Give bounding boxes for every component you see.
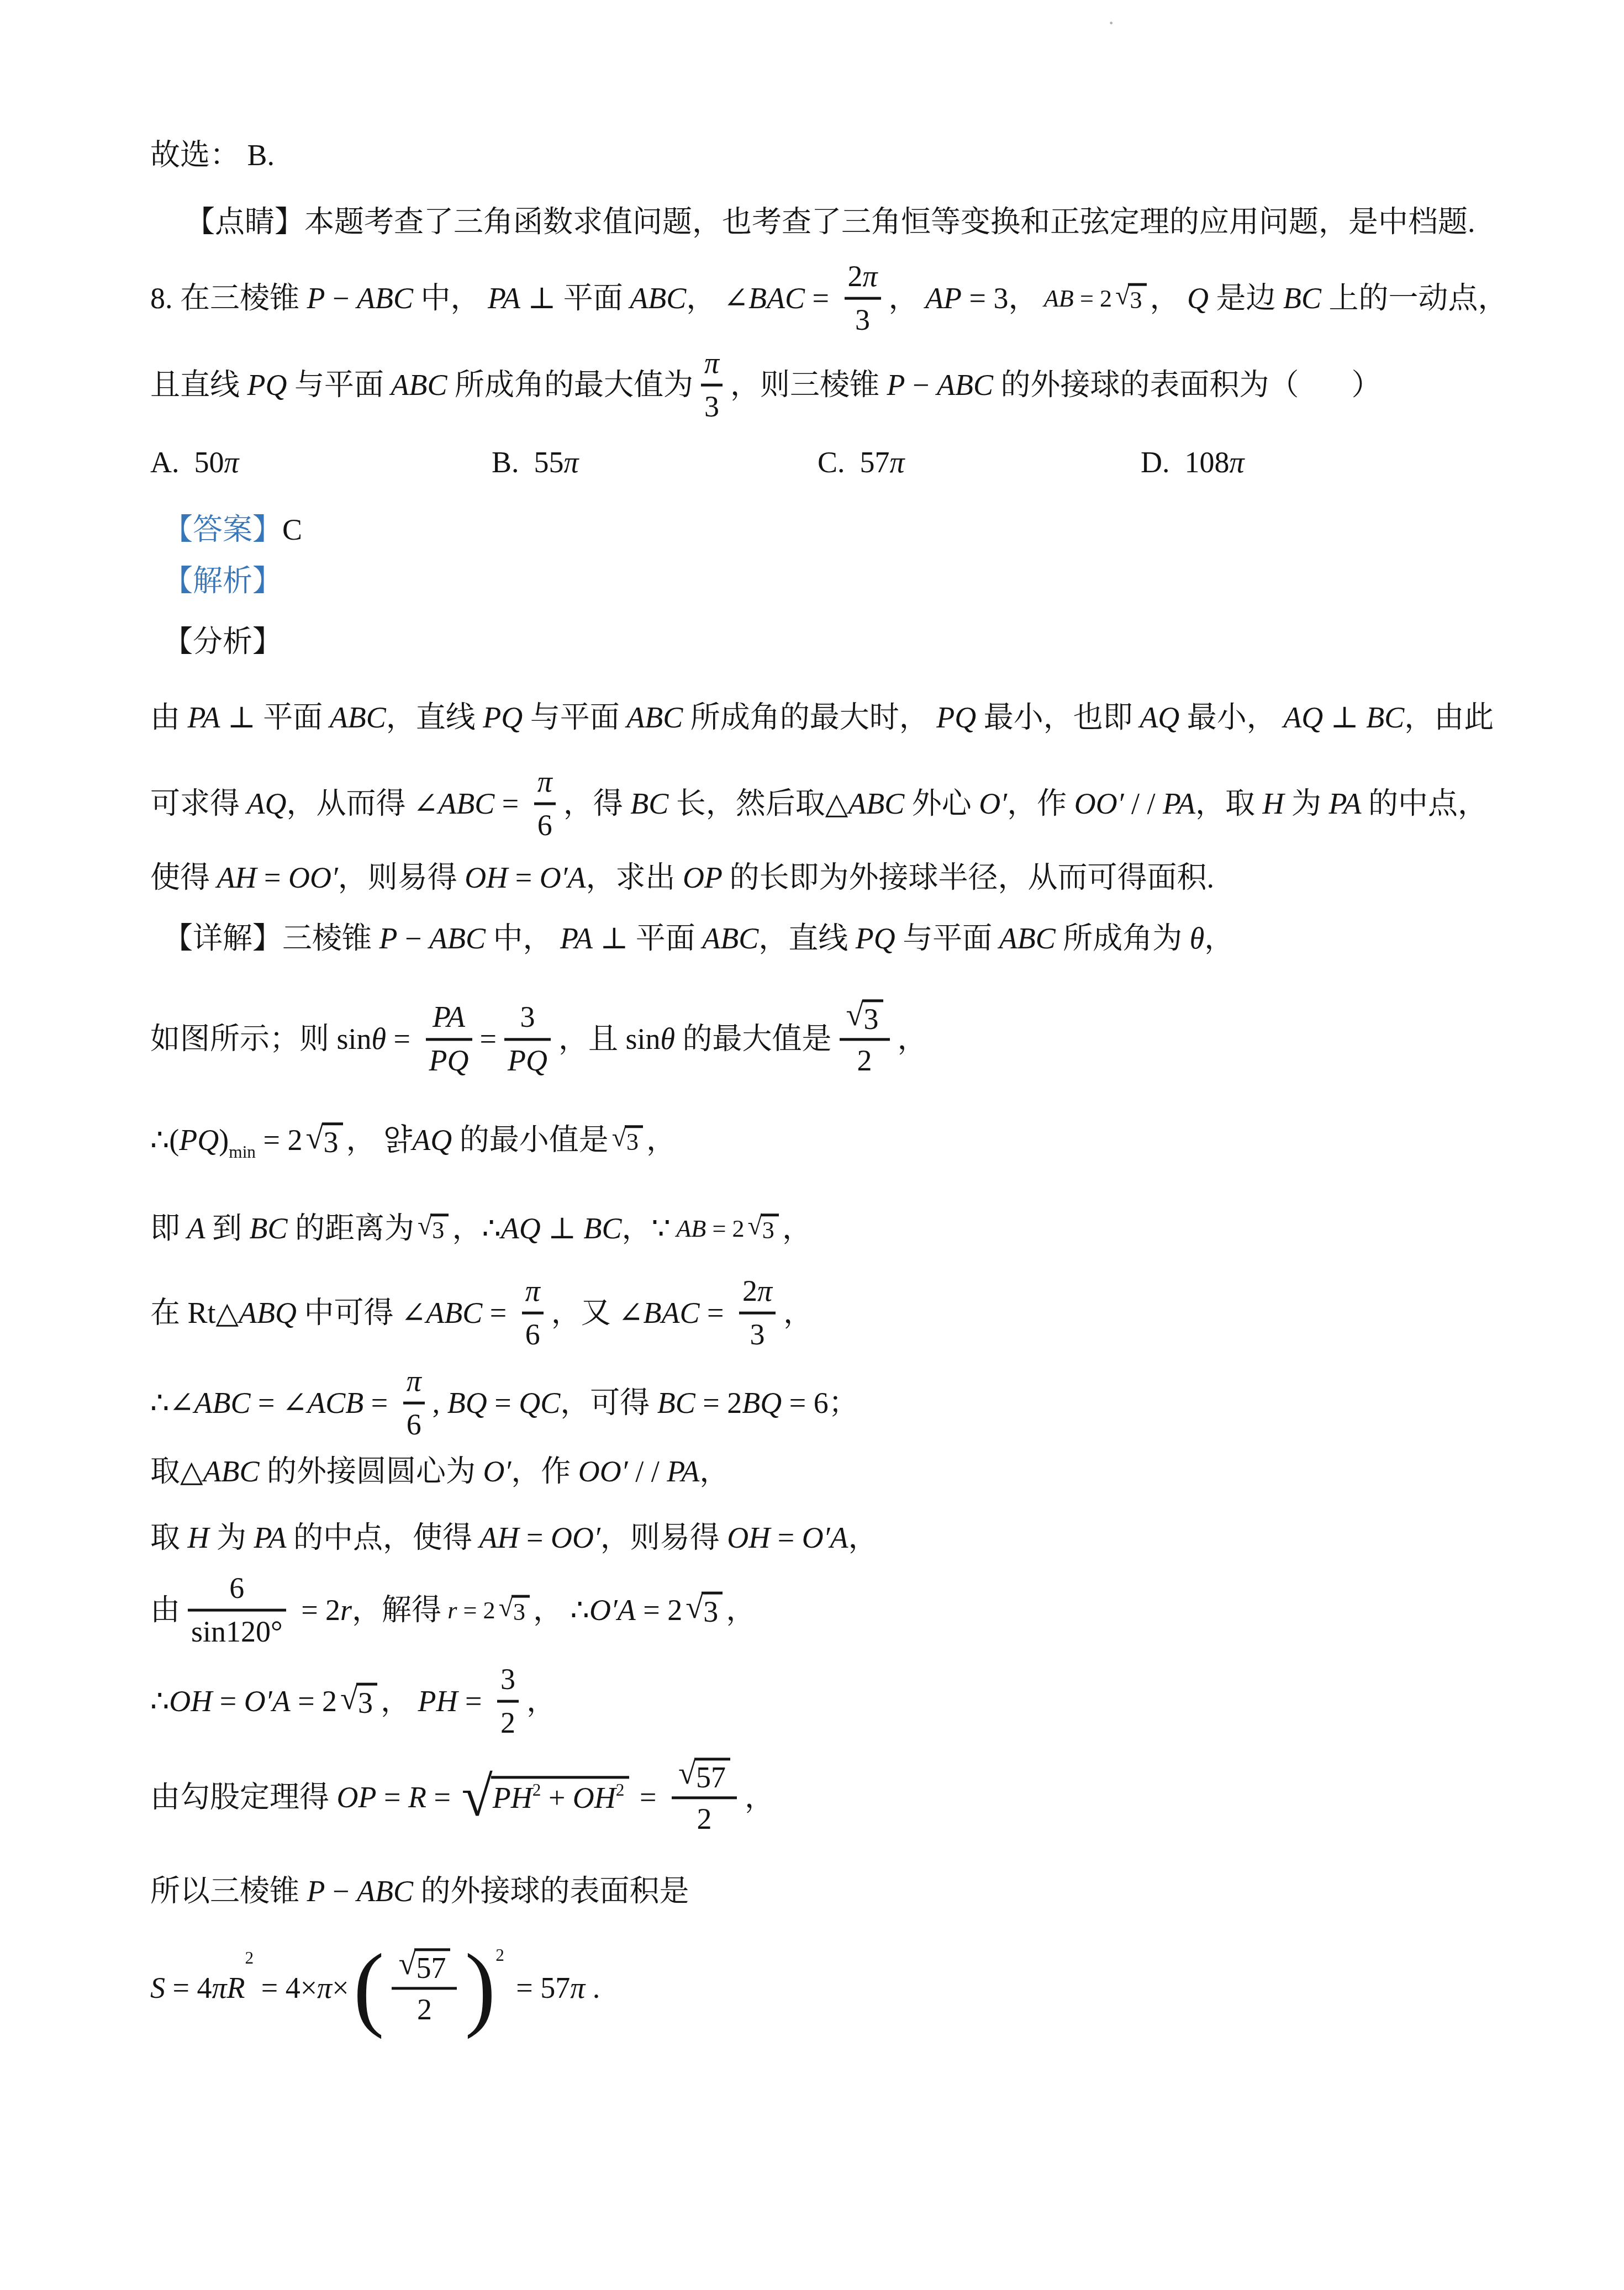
fraction-numerator: π (403, 1363, 425, 1400)
fraction-bar (403, 1402, 425, 1405)
math-italic: ABC (384, 366, 455, 404)
math-italic: ABC (992, 920, 1063, 958)
math-italic: PA (180, 699, 220, 737)
math-italic: P (372, 920, 398, 958)
subscript: min (229, 1141, 256, 1163)
math-roman: − (325, 1873, 357, 1911)
radical-content: 3 (761, 1213, 779, 1244)
math-italic: OH (573, 1782, 616, 1814)
cjk-text: ， (1204, 920, 1234, 958)
math-italic: AB (1038, 283, 1074, 313)
superscript: 2 (616, 1781, 625, 1800)
cjk-text: 由 (150, 1591, 180, 1629)
math-italic: OP (329, 1779, 376, 1817)
math-roman: ∴ (150, 1682, 169, 1720)
fraction-bar (504, 1038, 551, 1041)
math-italic: AQ (412, 1122, 459, 1159)
math-roman: = (212, 1682, 244, 1720)
cjk-text: ，解得 (352, 1591, 441, 1629)
cjk-text: 所成角为 (1063, 920, 1182, 958)
cjk-text: ，从而得 (287, 785, 406, 822)
radical: √3 (499, 1595, 530, 1626)
cjk-text: 的最小值是 (460, 1122, 609, 1159)
math-roman: B. 55 (492, 444, 564, 482)
cjk-text: 由勾股定理得 (150, 1779, 329, 1817)
fraction-bar (188, 1609, 286, 1612)
option-b: B. 55π (492, 444, 579, 482)
radical-content: 3 (702, 1592, 723, 1628)
math-roman: = 2 (1074, 283, 1112, 313)
math-italic: BC (1276, 279, 1329, 317)
math-italic: PA (246, 1519, 293, 1557)
radical-content: PH2 + OH2 (491, 1776, 629, 1814)
xiangjie-line13: S = 4πR2 = 4×π×(√572)2 = 57π . (150, 1948, 600, 2028)
math-roman: 3 (432, 1217, 444, 1244)
fraction-denominator: 2 (497, 1705, 519, 1742)
cjk-text: 在三棱锥 (180, 279, 299, 317)
option-c: C. 57π (818, 444, 905, 482)
cjk-text: 到 (212, 1210, 242, 1248)
math-italic: ABC (203, 1453, 267, 1491)
cjk-text: ，又 (551, 1294, 611, 1332)
fraction-bar (845, 297, 881, 300)
fraction: π6 (403, 1363, 425, 1443)
math-roman: ) (219, 1122, 229, 1159)
cjk-text: ，求出 (586, 859, 676, 897)
math-roman: + (541, 1782, 572, 1814)
math-roman: − (325, 279, 357, 317)
cjk-text: 使得 (150, 859, 210, 897)
math-italic: ABC (357, 1873, 421, 1911)
math-italic: AQ (1133, 699, 1187, 737)
math-roman: = 2 (294, 1591, 340, 1629)
math-italic: AP (919, 279, 962, 317)
math-italic: BQ (742, 1384, 782, 1422)
left-paren: ( (354, 1955, 384, 2023)
math-italic: BAC (748, 279, 805, 317)
math-italic: OO′ (1067, 785, 1124, 822)
question-8-line1: 8. 在三棱锥 P − ABC 中， PA ⊥ 平面 ABC， ∠BAC = 2… (150, 258, 1508, 339)
fraction: √572 (672, 1758, 737, 1838)
math-roman: = 2 (291, 1682, 337, 1720)
fraction-bar (739, 1312, 776, 1315)
math-roman: = (480, 1021, 497, 1058)
math-italic: ACB (307, 1384, 363, 1422)
math-italic: π (212, 1970, 226, 2007)
cjk-text: ， (898, 1021, 927, 1058)
math-italic: π (890, 444, 905, 482)
math-roman: 2 (742, 1273, 757, 1310)
math-roman: 57 (696, 1761, 726, 1794)
cjk-text: 故选： (150, 137, 240, 175)
math-roman: = 2 (706, 1213, 744, 1244)
analysis-line1: 由 PA ⊥ 平面 ABC，直线 PQ 与平面 ABC 所成角的最大时， PQ … (150, 699, 1494, 737)
math-roman: = (494, 785, 526, 822)
math-roman: = (386, 1021, 418, 1058)
fraction-denominator: PQ (504, 1043, 551, 1079)
math-roman: × (332, 1970, 349, 2007)
cjk-text: 上的一动点， (1329, 279, 1508, 317)
math-roman: . (585, 1970, 600, 2007)
fraction-bar (672, 1797, 737, 1800)
math-roman: = (632, 1779, 664, 1817)
math-roman: = (363, 1384, 395, 1422)
cjk-text: 的外接球的表面积为（ (1001, 366, 1299, 404)
math-italic: O′A (802, 1519, 848, 1557)
math-roman: 3 (703, 1596, 718, 1628)
math-roman: △ (180, 1453, 203, 1491)
math-roman: 3 (855, 302, 870, 339)
math-roman: A. 50 (150, 444, 224, 482)
radical: √3 (418, 1213, 449, 1244)
fenxi-label: 【分析】 (163, 624, 282, 661)
math-roman: ∴( (150, 1122, 179, 1159)
math-italic: π (525, 1273, 540, 1310)
math-roman: ⊥ (1323, 699, 1366, 737)
math-roman: B. (240, 137, 275, 175)
cjk-text: ， (783, 1294, 813, 1332)
math-italic: π (224, 444, 239, 482)
math-roman: = 6 (782, 1384, 828, 1422)
math-italic: PA (1321, 785, 1368, 822)
math-roman: sin (329, 1021, 372, 1058)
fraction: 3PQ (504, 1000, 551, 1080)
math-italic: π (863, 258, 878, 295)
cjk-text: 与平面 (294, 366, 384, 404)
math-italic: R (408, 1779, 426, 1817)
math-italic: PQ (429, 1043, 469, 1079)
fraction-numerator: 3 (497, 1661, 519, 1698)
cjk-text: ，则易得 (338, 859, 457, 897)
fraction-denominator: 6 (522, 1317, 544, 1353)
xiangjie-line1: 【详解】三棱锥 P − ABC 中， PA ⊥ 平面 ABC，直线 PQ 与平面… (163, 920, 1234, 958)
math-roman: ⊥ (593, 920, 636, 958)
fraction-numerator: √3 (840, 999, 890, 1036)
jiexi-label: 【解析】 (163, 563, 282, 600)
cjk-text: 取 (150, 1453, 180, 1491)
fraction-denominator: PQ (426, 1043, 472, 1079)
math-roman: ∵ (652, 1210, 671, 1248)
cjk-text: 的外接球的表面积是 (420, 1873, 689, 1911)
cjk-text: ，取 (1195, 785, 1255, 822)
math-italic: π (407, 1363, 421, 1400)
math-roman: 3 (626, 1129, 639, 1156)
math-italic: O′A (589, 1591, 636, 1629)
math-italic: PA (1163, 785, 1195, 822)
math-italic: P (299, 1873, 325, 1911)
math-roman: ∴∠ (150, 1384, 194, 1422)
cjk-text: ， (1009, 279, 1038, 317)
fraction-numerator: π (701, 345, 723, 382)
math-italic: ABC (357, 279, 421, 317)
fraction: √32 (840, 999, 890, 1079)
xiangjie-line11: 由勾股定理得 OP = R = √PH2 + OH2 = √572， (150, 1758, 774, 1838)
math-roman: = 4 (165, 1970, 212, 2007)
radical: √3 (846, 999, 883, 1036)
cjk-text: ， (782, 1210, 812, 1248)
math-roman: ∴ (563, 1591, 589, 1629)
math-italic: O′ (476, 1453, 511, 1491)
math-italic: θ (372, 1021, 387, 1058)
math-italic: π (317, 1970, 332, 2007)
math-roman: sin (618, 1021, 661, 1058)
math-roman: 6 (525, 1317, 540, 1353)
math-roman: 8. (150, 279, 180, 317)
cjk-text: 外心 (912, 785, 972, 822)
math-roman: 3 (704, 389, 719, 425)
math-roman: = (376, 1779, 408, 1817)
math-roman: Rt△ (180, 1294, 239, 1332)
cjk-text: 中可得 (304, 1294, 394, 1332)
fraction-bar (534, 803, 556, 805)
math-roman: 3 (358, 1687, 373, 1719)
radical-content: 3 (862, 999, 883, 1036)
radical-symbol: √ (678, 1758, 696, 1788)
math-italic: AQ (1277, 699, 1324, 737)
option-a: A. 50π (150, 444, 239, 482)
math-italic: BC (242, 1210, 295, 1248)
cjk-text: 即 (150, 1210, 180, 1248)
fraction-numerator: 2π (845, 258, 881, 295)
conclusion-line: 故选： B. (150, 137, 275, 175)
radical: √3 (340, 1683, 377, 1719)
cjk-text: 平面 (263, 699, 323, 737)
fraction: π6 (534, 764, 556, 844)
radical: √PH2 + OH2 (461, 1776, 629, 1820)
radical: √3 (306, 1122, 343, 1159)
cjk-text: 最小， (1187, 699, 1277, 737)
math-italic: AH (210, 859, 257, 897)
cjk-text: 由 (150, 699, 180, 737)
math-roman: 3 (762, 1217, 774, 1244)
cjk-text: ， 얅 (346, 1122, 413, 1159)
fraction: π3 (701, 345, 723, 425)
math-italic: ABQ (239, 1294, 304, 1332)
math-roman: 3 (520, 1000, 535, 1036)
fraction-denominator: 6 (534, 808, 556, 844)
math-italic: QC (519, 1384, 560, 1422)
math-roman: ∴ (482, 1210, 500, 1248)
radical-content: 3 (512, 1595, 530, 1626)
math-roman: , (433, 1384, 447, 1422)
math-roman: = (426, 1779, 458, 1817)
fraction: 2π3 (739, 1273, 776, 1353)
paren-exponent: 2 (495, 1944, 504, 1966)
cjk-text: 可求得 (150, 785, 240, 822)
fraction-numerator: √57 (392, 1948, 457, 1985)
math-italic: BC (623, 785, 676, 822)
cjk-text: 最小，也即 (984, 699, 1133, 737)
math-roman: 6 (229, 1570, 244, 1607)
math-roman: 3 (1130, 287, 1142, 314)
radical-symbol: √ (686, 1592, 703, 1622)
math-italic: ABC (194, 1384, 251, 1422)
cjk-text: 在 (150, 1294, 180, 1332)
cjk-text: 如图所示；则 (150, 1021, 329, 1058)
math-roman: ∠ (611, 1294, 644, 1332)
cjk-text: ，可得 (560, 1384, 650, 1422)
cjk-text: 的距离为 (295, 1210, 414, 1248)
math-solution-document: ·故选： B.【点睛】本题考查了三角函数求值问题，也考查了三角恒等变换和正弦定理… (0, 0, 1624, 2290)
math-italic: PH (410, 1682, 457, 1720)
fraction-numerator: 6 (226, 1570, 247, 1607)
math-italic: θ (661, 1021, 683, 1058)
superscript: 2 (245, 1947, 254, 1969)
cjk-text: ，直线 (386, 699, 476, 737)
math-italic: AH (472, 1519, 519, 1557)
cjk-text: ，且 (558, 1021, 618, 1058)
cjk-text: 的中点，使得 (293, 1519, 472, 1557)
fraction-denominator: sin120° (188, 1614, 286, 1650)
cjk-text: 【点睛】本题考查了三角函数求值问题，也考查了三角恒等变换和正弦定理的应用问题，是… (185, 204, 1475, 241)
fraction-bar (497, 1700, 519, 1703)
math-italic: AQ (240, 785, 287, 822)
math-roman: sin120° (191, 1614, 283, 1650)
math-roman: = (805, 279, 836, 317)
radical-symbol: √ (340, 1683, 358, 1713)
analysis-line2: 可求得 AQ，从而得 ∠ABC = π6，得 BC 长，然后取△ABC 外心 O… (150, 764, 1488, 844)
fraction-bar (701, 384, 723, 387)
fraction-bar (426, 1038, 472, 1041)
cjk-text: ， (848, 1519, 878, 1557)
cjk-text: ， (381, 1682, 410, 1720)
cjk-text: 所成角的最大时， (690, 699, 929, 737)
math-roman: 3 (750, 1317, 765, 1353)
math-italic: PQ (508, 1043, 547, 1079)
math-roman: △ (825, 785, 848, 822)
math-roman: − (398, 920, 429, 958)
cjk-text: 的长即为外接球半径，从而可得面积. (730, 859, 1215, 897)
math-roman: = 2 (256, 1122, 302, 1159)
cjk-text: ， (889, 279, 919, 317)
math-roman: 3 (864, 1003, 879, 1036)
math-roman: = (508, 859, 539, 897)
math-italic: BQ (447, 1384, 487, 1422)
math-italic: H (180, 1519, 217, 1557)
math-italic: PA (433, 1000, 465, 1036)
cjk-text: 中， (493, 920, 552, 958)
cjk-text: ， (699, 1453, 729, 1491)
right-paren: ) (465, 1955, 495, 2023)
cjk-text: ，直线 (758, 920, 848, 958)
math-italic: AQ (501, 1210, 541, 1248)
paren-content: √572 (384, 1948, 465, 2028)
radical: √3 (1115, 283, 1146, 314)
math-italic: OH (457, 859, 508, 897)
cjk-text: ， (622, 1210, 652, 1248)
fraction-numerator: 2π (739, 1273, 776, 1310)
superscript: 2 (532, 1781, 541, 1800)
math-roman: = (257, 859, 288, 897)
section-label-blue: 【解析】 (163, 563, 282, 600)
cjk-text: ， (533, 1591, 563, 1629)
math-italic: A (180, 1210, 212, 1248)
math-italic: R (227, 1970, 245, 2007)
radical-symbol: √ (461, 1775, 492, 1819)
math-roman: 2 (857, 1043, 872, 1080)
cjk-text: ， (1150, 279, 1180, 317)
math-italic: BAC (644, 1294, 700, 1332)
math-italic: ABC (623, 279, 687, 317)
math-italic: PA (480, 279, 520, 317)
fraction: √572 (392, 1948, 457, 2028)
fraction-denominator: 3 (747, 1317, 768, 1353)
cjk-text: 中， (420, 279, 480, 317)
xiangjie-line6: ∴∠ABC = ∠ACB = π6, BQ = QC，可得 BC = 2BQ =… (150, 1363, 858, 1443)
math-roman: ⊥ (520, 279, 563, 317)
math-italic: π (704, 345, 719, 382)
math-italic: r (340, 1591, 352, 1629)
xiangjie-line7: 取△ABC 的外接圆圆心为 O′，作 OO′ / / PA， (150, 1453, 729, 1491)
math-roman: = (770, 1519, 802, 1557)
radical-content: 3 (1128, 283, 1146, 314)
math-italic: π (564, 444, 579, 482)
radical-content: 57 (414, 1948, 450, 1985)
math-italic: BC (584, 1210, 622, 1248)
stray-dot-mark: · (1108, 9, 1115, 37)
math-italic: ABC (426, 1294, 482, 1332)
analysis-line3: 使得 AH = OO′，则易得 OH = O′A，求出 OP 的长即为外接球半径… (150, 859, 1214, 897)
math-italic: ABC (937, 366, 1001, 404)
radical-symbol: √ (846, 999, 864, 1030)
xiangjie-line8: 取 H 为 PA 的中点，使得 AH = OO′，则易得 OH = O′A， (150, 1519, 878, 1557)
math-italic: ABC (438, 785, 494, 822)
math-roman: ∠ (394, 1294, 426, 1332)
fraction-numerator: √57 (672, 1758, 737, 1794)
cjk-text: 平面 (636, 920, 695, 958)
math-italic: ABC (620, 699, 690, 737)
cjk-text: ， (726, 1591, 756, 1629)
math-italic: PQ (848, 920, 903, 958)
cjk-text: ，作 (511, 1453, 571, 1491)
math-italic: π (570, 1970, 585, 2007)
math-roman: 2 (417, 1992, 432, 2029)
cjk-text: 所成角的最大值为 (455, 366, 693, 404)
dianjing-comment: 【点睛】本题考查了三角函数求值问题，也考查了三角恒等变换和正弦定理的应用问题，是… (185, 204, 1475, 241)
radical-content: 3 (430, 1213, 449, 1244)
cjk-text: ） (1352, 366, 1382, 404)
cjk-text: 且直线 (150, 366, 240, 404)
cjk-text: 与平面 (903, 920, 992, 958)
math-italic: r (441, 1595, 457, 1625)
fraction-denominator: 2 (854, 1043, 876, 1080)
fraction-denominator: 2 (693, 1802, 715, 1838)
math-roman: 57 (416, 1952, 446, 1985)
math-roman: = (519, 1519, 551, 1557)
math-italic: BC (1366, 699, 1404, 737)
fraction-numerator: π (534, 764, 556, 800)
math-roman: ⊥ (220, 699, 263, 737)
math-italic: P (299, 279, 325, 317)
cjk-text: ， (452, 1210, 482, 1248)
cjk-text: 长，然后取 (676, 785, 825, 822)
fraction: π6 (522, 1273, 544, 1353)
cjk-text: ， (686, 279, 716, 317)
math-italic: ABC (323, 699, 386, 737)
fraction-bar (840, 1038, 890, 1041)
xiangjie-line10: ∴OH = O′A = 2√3， PH = 32， (150, 1661, 556, 1742)
math-italic: PQ (179, 1122, 219, 1159)
fraction-denominator: 2 (414, 1992, 435, 2029)
radical-content: 3 (322, 1122, 343, 1159)
radical-content: 3 (356, 1683, 377, 1719)
math-roman: ∠ (406, 785, 439, 822)
cjk-text: ， (526, 1682, 556, 1720)
math-italic: OO′ (571, 1453, 628, 1491)
fraction-denominator: 6 (403, 1407, 425, 1443)
fraction-numerator: 3 (516, 1000, 538, 1036)
math-roman: C. 57 (818, 444, 890, 482)
